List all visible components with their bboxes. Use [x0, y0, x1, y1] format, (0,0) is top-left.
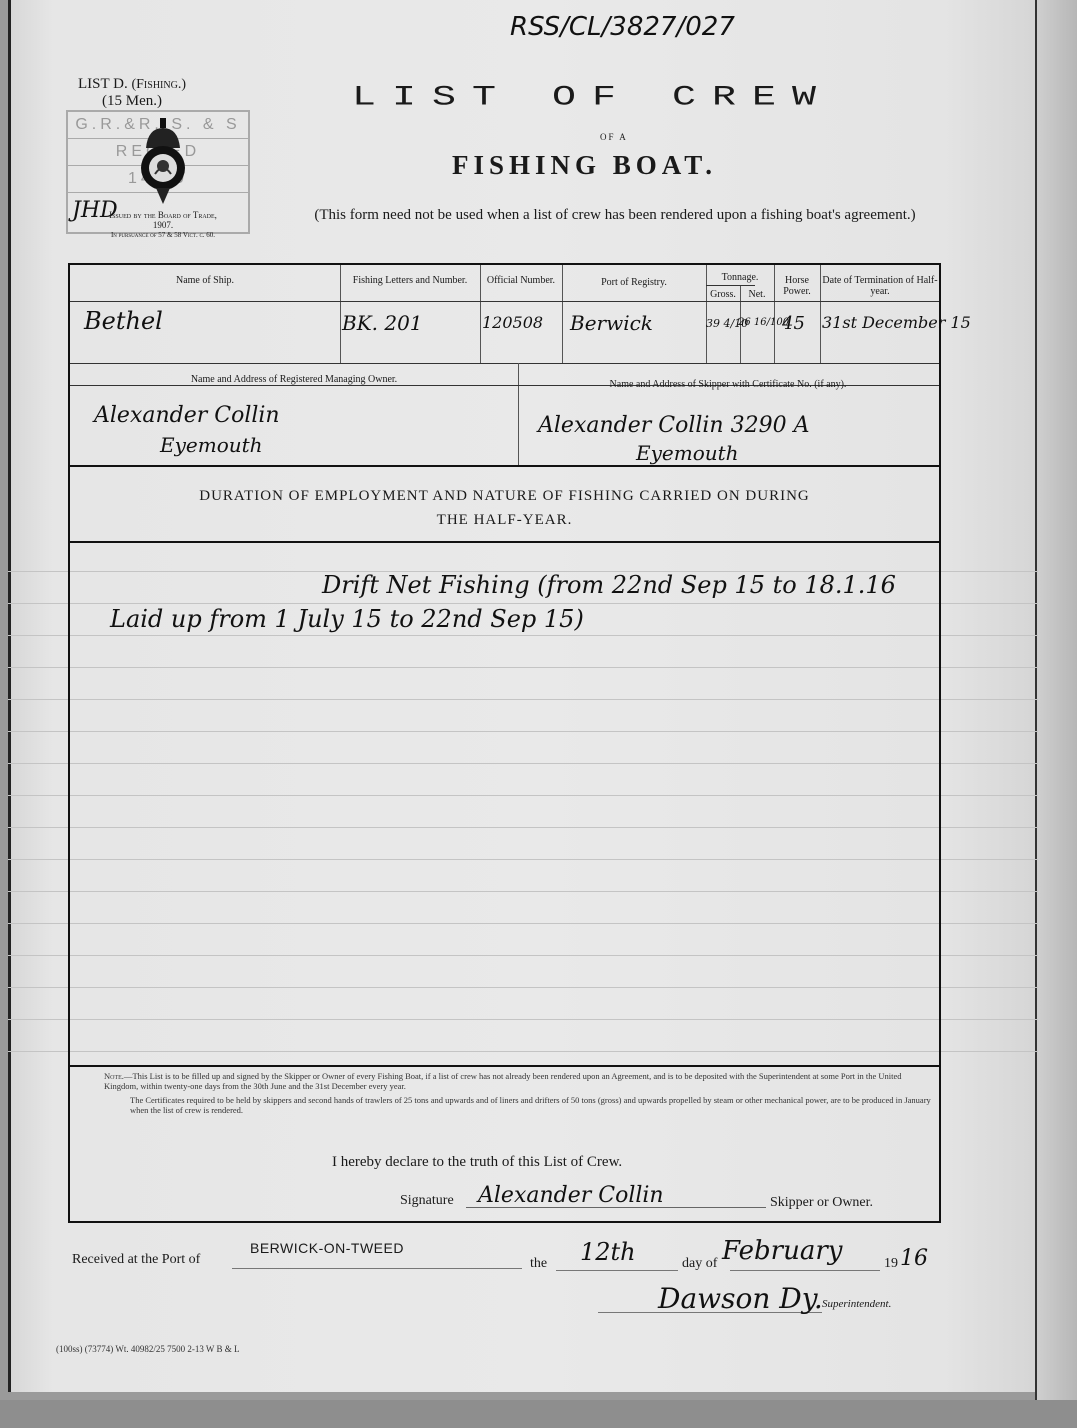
value-horse-power: 45	[782, 313, 805, 334]
day-of-label: day of	[682, 1256, 717, 1272]
port-stamp: BERWICK-ON-TWEED	[250, 1240, 404, 1256]
royal-crest-icon	[138, 118, 188, 206]
form-instruction: (This form need not be used when a list …	[300, 206, 930, 224]
received-label: Received at the Port of	[72, 1252, 200, 1268]
port-line	[232, 1268, 522, 1269]
value-port-of-registry: Berwick	[570, 311, 653, 335]
value-name-of-ship: Bethel	[84, 307, 163, 335]
list-code: LIST D.	[78, 76, 128, 92]
the-label: the	[530, 1256, 547, 1272]
issued-by-text: Issued by the Board of Trade,	[68, 210, 258, 220]
list-men: (15 Men.)	[102, 93, 162, 109]
crew-list-form: Name of Ship. Fishing Letters and Number…	[68, 263, 941, 1223]
day-line	[556, 1270, 678, 1271]
year-prefix: 19	[884, 1256, 898, 1272]
header-termination-date: Date of Termination of Half-year.	[820, 275, 940, 297]
skipper-name: Alexander Collin 3290 A	[538, 413, 809, 438]
reference-mark: RSS/CL/3827/027	[510, 12, 735, 42]
employment-heading-1: DURATION OF EMPLOYMENT AND NATURE OF FIS…	[70, 485, 939, 507]
page-subtitle: FISHING BOAT.	[452, 150, 717, 181]
day-value: 12th	[580, 1238, 636, 1266]
header-tonnage: Tonnage.	[706, 272, 774, 283]
header-net: Net.	[740, 289, 774, 300]
employment-heading-2: THE HALF-YEAR.	[70, 509, 939, 531]
note-2: The Certificates required to be held by …	[104, 1095, 934, 1115]
header-name-of-ship: Name of Ship.	[70, 275, 340, 286]
skipper-or-owner-label: Skipper or Owner.	[770, 1195, 873, 1211]
header-owner: Name and Address of Registered Managing …	[70, 374, 518, 385]
header-skipper: Name and Address of Skipper with Certifi…	[518, 379, 938, 390]
skipper-address: Eyemouth	[636, 441, 739, 465]
employment-entry-1: Drift Net Fishing (from 22nd Sep 15 to 1…	[322, 571, 896, 599]
declaration-text: I hereby declare to the truth of this Li…	[332, 1154, 622, 1171]
note-label: Note.—	[104, 1071, 132, 1081]
header-gross: Gross.	[706, 289, 740, 300]
owner-address: Eyemouth	[160, 433, 263, 457]
page-title: LIST OF CREW	[352, 82, 832, 114]
superintendent-label: Superintendent.	[822, 1298, 891, 1310]
title-of-a: OF A	[600, 132, 628, 142]
header-port-of-registry: Port of Registry.	[562, 277, 706, 288]
month-value: February	[722, 1236, 842, 1266]
value-fishing-letters: BK. 201	[342, 311, 423, 335]
owner-name: Alexander Collin	[94, 403, 280, 428]
employment-entry-2: Laid up from 1 July 15 to 22nd Sep 15)	[110, 605, 584, 633]
issued-year: 1907.	[68, 220, 258, 230]
issued-by: Issued by the Board of Trade, 1907. In p…	[68, 210, 258, 240]
header-official-number: Official Number.	[480, 275, 562, 286]
note-1-text: This List is to be filled up and signed …	[104, 1071, 902, 1091]
header-fishing-letters: Fishing Letters and Number.	[340, 275, 480, 286]
pursuance-text: In pursuance of 57 & 58 Vict. c. 60.	[68, 230, 258, 240]
month-line	[730, 1270, 880, 1271]
list-type: (Fishing.)	[131, 77, 186, 92]
superintendent-signature: Dawson Dy.	[658, 1282, 823, 1315]
signature-value: Alexander Collin	[478, 1183, 664, 1208]
printer-imprint: (100ss) (73774) Wt. 40982/25 7500 2-13 W…	[56, 1344, 240, 1354]
scan-background	[0, 1400, 1077, 1428]
note-1: Note.—This List is to be filled up and s…	[104, 1071, 934, 1091]
header-horse-power: Horse Power.	[774, 275, 820, 297]
page-edge	[1035, 0, 1077, 1400]
list-designation: LIST D. (Fishing.) (15 Men.)	[78, 76, 186, 110]
value-official-number: 120508	[482, 313, 543, 332]
value-termination-date: 31st December 15	[822, 313, 971, 332]
year-value: 16	[900, 1246, 928, 1271]
signature-label: Signature	[400, 1193, 454, 1209]
